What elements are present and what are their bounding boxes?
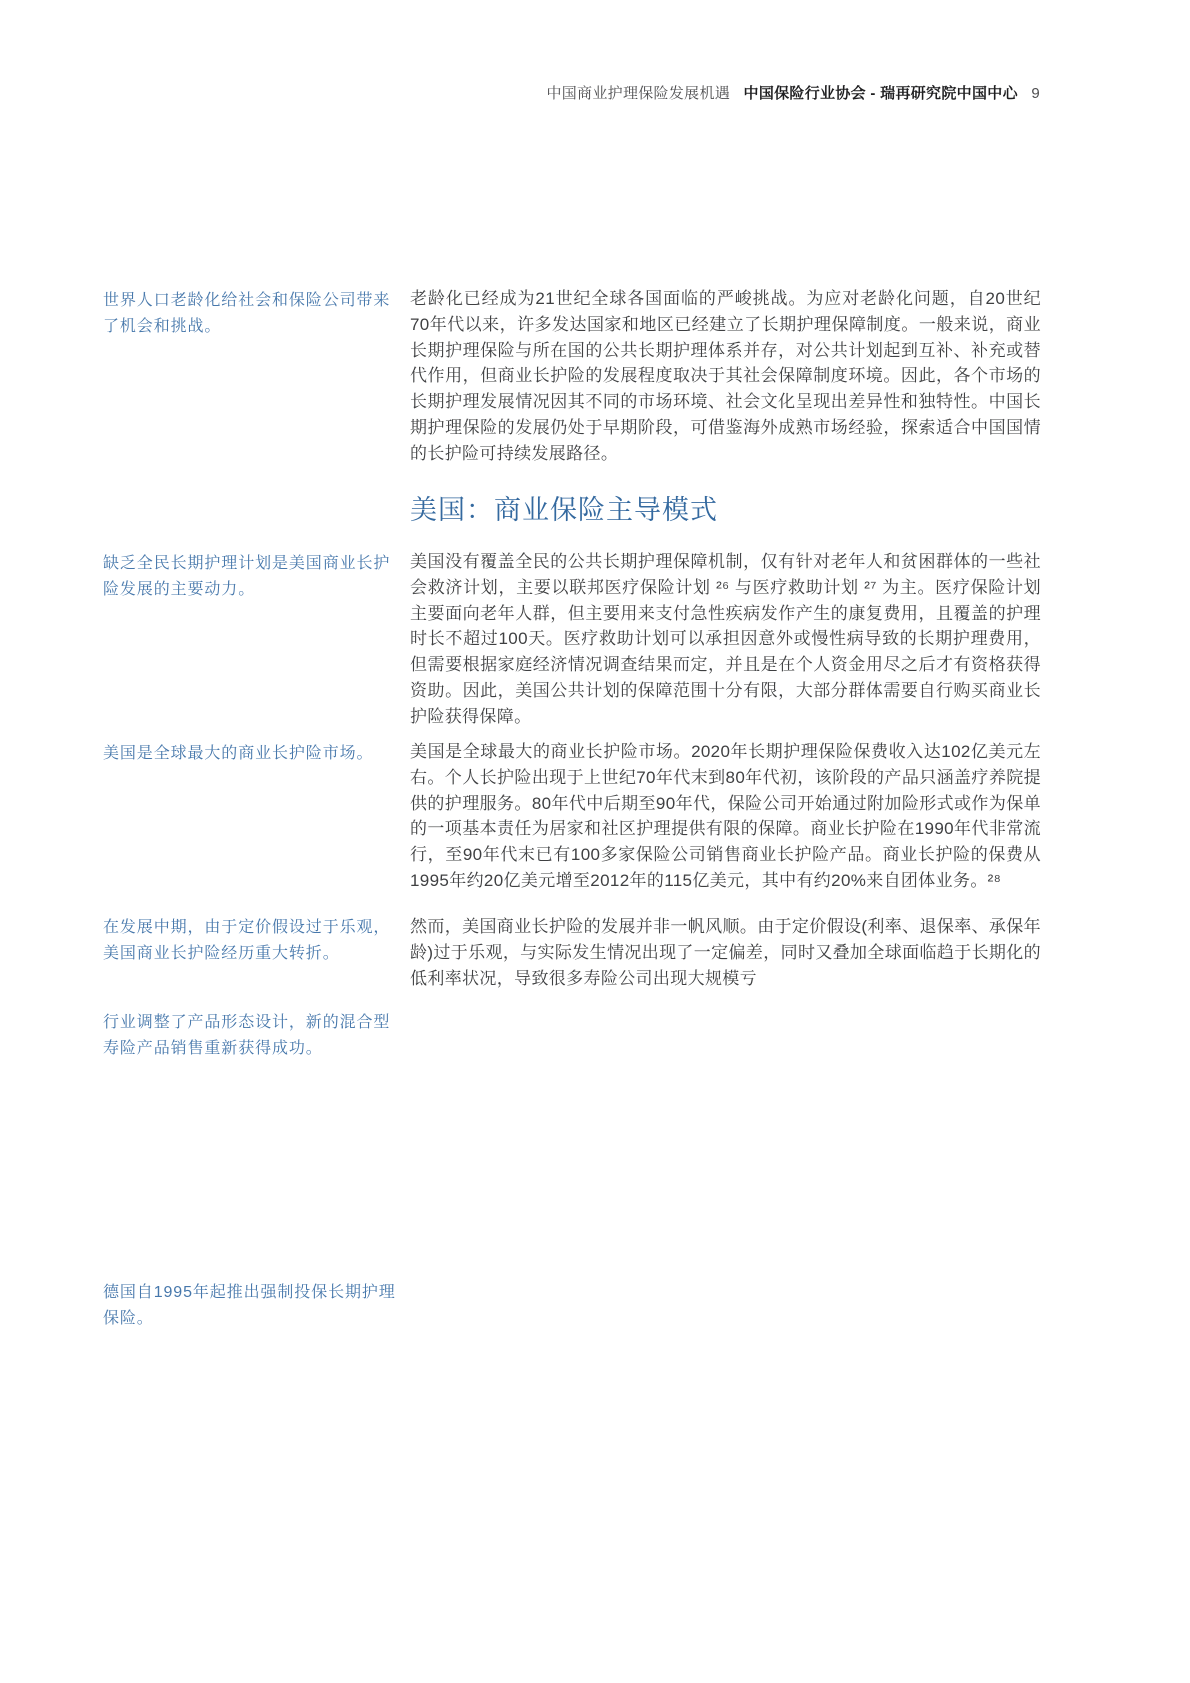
margin-note-germany-mandatory: 德国自1995年起推出强制投保长期护理保险。 (103, 1280, 404, 1331)
margin-note-pricing-assumptions: 在发展中期，由于定价假设过于乐观，美国商业长护险经历重大转折。 (103, 915, 404, 966)
margin-note-us-driver: 缺乏全民长期护理计划是美国商业长护险发展的主要动力。 (103, 551, 404, 602)
body-paragraph-aging-challenge: 老龄化已经成为21世纪全球各国面临的严峻挑战。为应对老龄化问题，自20世纪70年… (410, 286, 1041, 467)
body-paragraph-us-public-plans: 美国没有覆盖全民的公共长期护理保障机制，仅有针对老年人和贫困群体的一些社会救济计… (410, 549, 1041, 730)
margin-note-product-redesign: 行业调整了产品形态设计，新的混合型寿险产品销售重新获得成功。 (103, 1010, 404, 1061)
document-page: 中国商业护理保险发展机遇 中国保险行业协会 - 瑞再研究院中国中心 9 世界人口… (0, 0, 1190, 1683)
body-paragraph-us-market-history: 美国是全球最大的商业长护险市场。2020年长期护理保险保费收入达102亿美元左右… (410, 739, 1041, 894)
header-doc-title: 中国商业护理保险发展机遇 (546, 85, 730, 102)
header-org-title: 中国保险行业协会 - 瑞再研究院中国中心 (744, 85, 1018, 102)
margin-note-aging-opportunity: 世界人口老龄化给社会和保险公司带来了机会和挑战。 (103, 288, 404, 339)
page-header: 中国商业护理保险发展机遇 中国保险行业协会 - 瑞再研究院中国中心 9 (0, 82, 1040, 103)
body-paragraph-us-setback: 然而，美国商业长护险的发展并非一帆风顺。由于定价假设(利率、退保率、承保年龄)过… (410, 914, 1041, 991)
header-page-number: 9 (1031, 85, 1040, 102)
section-heading-us-model: 美国：商业保险主导模式 (410, 493, 718, 527)
margin-note-us-largest-market: 美国是全球最大的商业长护险市场。 (103, 741, 404, 767)
